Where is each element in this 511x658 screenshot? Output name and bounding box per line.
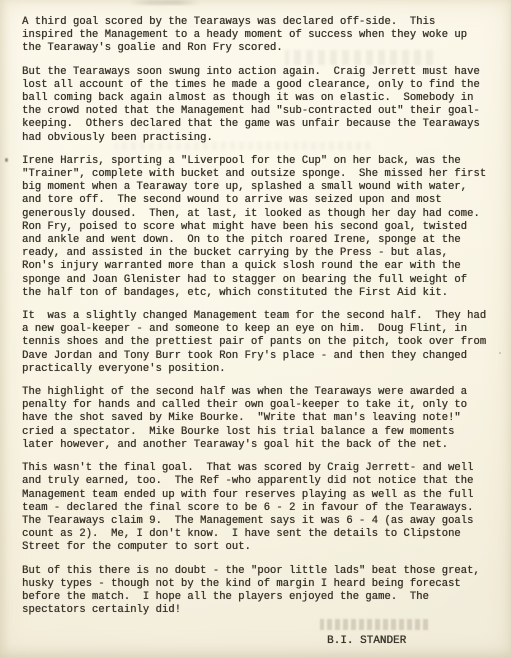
paragraph-second-half-team: It was a slightly changed Management tea… bbox=[22, 310, 497, 376]
typewritten-match-report-page: A third goal scored by the Tearaways was… bbox=[0, 0, 511, 658]
paragraph-final-score: This wasn't the final goal. That was sco… bbox=[22, 462, 497, 554]
scan-smudge bbox=[128, 0, 200, 5]
ink-speck bbox=[499, 352, 501, 354]
paragraph-penalty-highlight: The highlight of the second half was whe… bbox=[22, 386, 497, 452]
ink-speck bbox=[5, 158, 8, 162]
author-signature: B.I. STANDER bbox=[327, 635, 406, 647]
paragraph-third-goal: A third goal scored by the Tearaways was… bbox=[22, 16, 497, 56]
signature-row: B.I. STANDER bbox=[22, 630, 497, 648]
paragraph-tearaways-action: But the Tearaways soon swung into action… bbox=[22, 66, 497, 145]
paragraph-irene-harris-trainer: Irene Harris, sporting a "Liverpool for … bbox=[22, 155, 497, 300]
report-body: A third goal scored by the Tearaways was… bbox=[22, 16, 497, 648]
paragraph-closing: But of this there is no doubt - the "poo… bbox=[22, 565, 497, 618]
